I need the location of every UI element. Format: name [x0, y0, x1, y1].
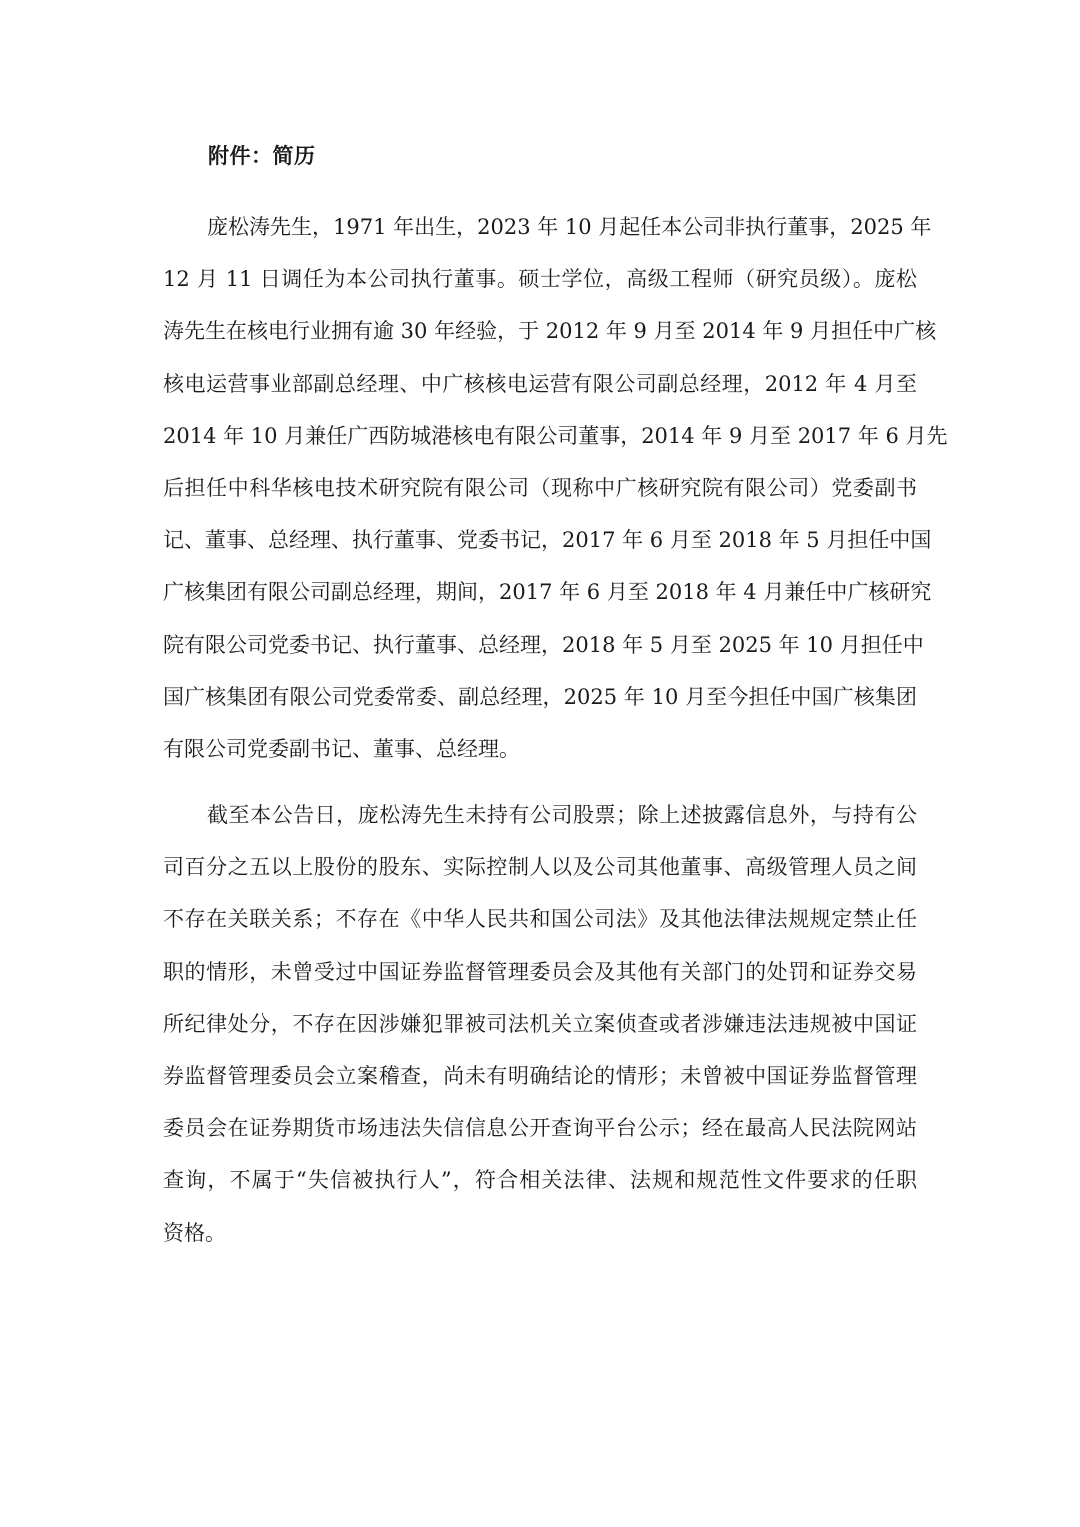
text-line: 广核集团有限公司副总经理，期间，2017 年 6 月至 2018 年 4 月兼任…	[163, 577, 917, 629]
text-line: 职的情形，未曾受过中国证券监督管理委员会及其他有关部门的处罚和证券交易	[163, 957, 917, 1009]
text-line: 后担任中科华核电技术研究院有限公司（现称中广核研究院有限公司）党委副书	[163, 473, 917, 525]
text-line: 所纪律处分，不存在因涉嫌犯罪被司法机关立案侦查或者涉嫌违法违规被中国证	[163, 1009, 917, 1061]
text-line: 券监督管理委员会立案稽查，尚未有明确结论的情形；未曾被中国证券监督管理	[163, 1061, 917, 1113]
text-line: 涛先生在核电行业拥有逾 30 年经验，于 2012 年 9 月至 2014 年 …	[163, 316, 917, 368]
text-line: 核电运营事业部副总经理、中广核核电运营有限公司副总经理，2012 年 4 月至	[163, 369, 917, 421]
text-line: 查询，不属于“失信被执行人”，符合相关法律、法规和规范性文件要求的任职	[163, 1165, 917, 1217]
text-line: 司百分之五以上股份的股东、实际控制人以及公司其他董事、高级管理人员之间	[163, 852, 917, 904]
text-line: 记、董事、总经理、执行董事、党委书记，2017 年 6 月至 2018 年 5 …	[163, 525, 917, 577]
attachment-heading: 附件：简历	[208, 141, 316, 171]
text-line: 庞松涛先生，1971 年出生，2023 年 10 月起任本公司非执行董事，202…	[163, 212, 917, 264]
text-line: 截至本公告日，庞松涛先生未持有公司股票；除上述披露信息外，与持有公	[163, 800, 917, 852]
text-line: 国广核集团有限公司党委常委、副总经理，2025 年 10 月至今担任中国广核集团	[163, 682, 917, 734]
resume-paragraph: 庞松涛先生，1971 年出生，2023 年 10 月起任本公司非执行董事，202…	[163, 212, 917, 786]
text-line: 委员会在证券期货市场违法失信信息公开查询平台公示；经在最高人民法院网站	[163, 1113, 917, 1165]
text-line: 不存在关联关系；不存在《中华人民共和国公司法》及其他法律法规规定禁止任	[163, 904, 917, 956]
text-line: 资格。	[163, 1218, 917, 1270]
text-line: 院有限公司党委书记、执行董事、总经理，2018 年 5 月至 2025 年 10…	[163, 630, 917, 682]
text-line: 2014 年 10 月兼任广西防城港核电有限公司董事，2014 年 9 月至 2…	[163, 421, 917, 473]
text-line: 有限公司党委副书记、董事、总经理。	[163, 734, 917, 786]
disclosure-paragraph: 截至本公告日，庞松涛先生未持有公司股票；除上述披露信息外，与持有公 司百分之五以…	[163, 800, 917, 1270]
text-line: 12 月 11 日调任为本公司执行董事。硕士学位，高级工程师（研究员级）。庞松	[163, 264, 917, 316]
